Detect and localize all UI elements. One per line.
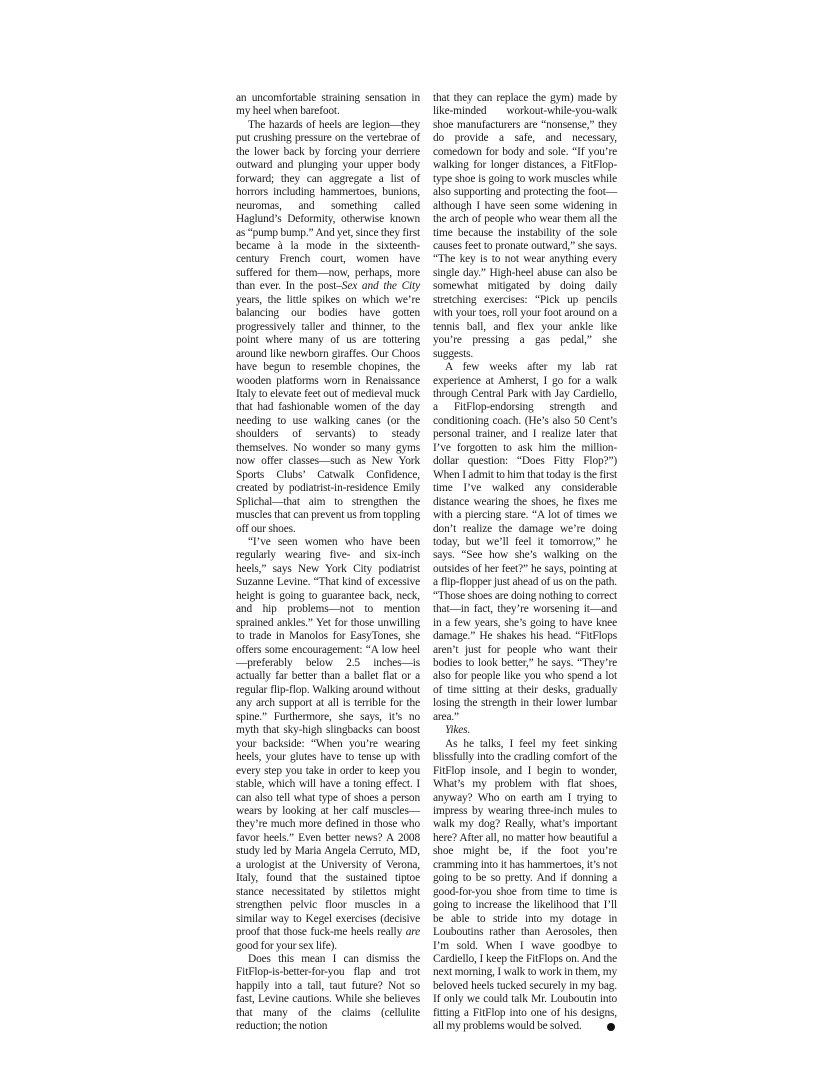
paragraph: an uncomfortable straining sensation in … <box>236 92 420 119</box>
italic-exclamation: Yikes. <box>445 724 470 736</box>
italic-title: Sex and the City <box>342 280 420 292</box>
paragraph: Yikes. <box>433 724 617 737</box>
paragraph: A few weeks after my lab rat experience … <box>433 361 617 724</box>
paragraph: The hazards of heels are legion—they put… <box>236 119 420 536</box>
document-page: an uncomfortable straining sensation in … <box>0 0 825 1067</box>
paragraph-text: years, the little spikes on which we’re … <box>236 294 420 535</box>
paragraph-text: “I’ve seen women who have been regularly… <box>236 536 420 938</box>
paragraph: As he talks, I feel my feet sinking blis… <box>433 738 617 1034</box>
paragraph: Does this mean I can dismiss the FitFlop… <box>236 953 420 1034</box>
paragraph: that they can replace the gym) made by l… <box>433 92 617 361</box>
paragraph-text: As he talks, I feel my feet sinking blis… <box>433 738 617 1033</box>
italic-emphasis: are <box>406 926 420 938</box>
article-column-right: that they can replace the gym) made by l… <box>433 92 617 1034</box>
paragraph-text: The hazards of heels are legion—they put… <box>236 119 420 292</box>
paragraph: “I’ve seen women who have been regularly… <box>236 536 420 953</box>
article-column-left: an uncomfortable straining sensation in … <box>236 92 420 1034</box>
paragraph-text: good for your sex life). <box>236 940 337 952</box>
end-mark-icon <box>607 1023 615 1031</box>
